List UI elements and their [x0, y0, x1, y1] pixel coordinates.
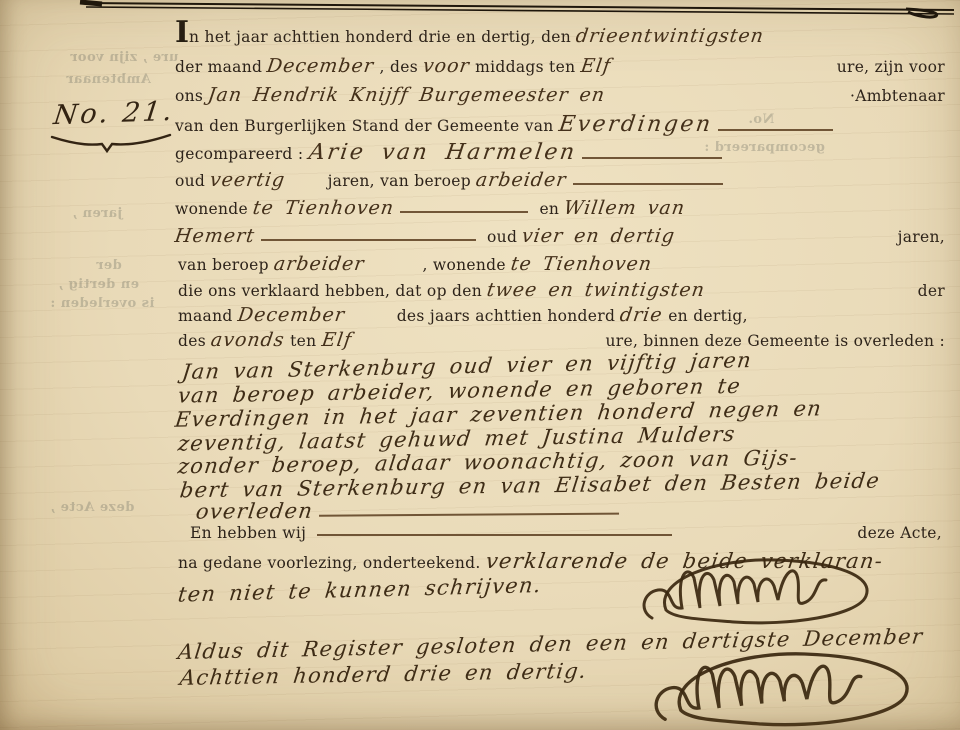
printed-text: ons — [175, 87, 208, 105]
bleedthrough-text: en dertig , — [58, 277, 139, 292]
handwritten-text: Jan Hendrik Knijff Burgemeester en — [207, 84, 607, 106]
document-line: der maand December , des voor middags te… — [175, 55, 945, 77]
document-line: oud veertigjaren, van beroep arbeider — [175, 169, 945, 191]
death-certificate-page: No. 21. ure , zijn voorAmbtenaarNo.gecom… — [0, 0, 960, 730]
ink-rule — [317, 525, 672, 536]
drop-cap: I — [175, 24, 189, 42]
printed-text: wonende — [175, 200, 253, 218]
document-line: Hemert oud vier en dertig jaren, — [175, 225, 945, 247]
printed-text: maand — [178, 307, 238, 325]
printed-text: der maand — [175, 58, 267, 76]
printed-text: ure, zijn voor — [837, 58, 945, 76]
printed-text: oud — [175, 172, 210, 190]
document-line: ons Jan Hendrik Knijff Burgemeester en·A… — [175, 84, 945, 106]
bleedthrough-text: deze Acte , — [50, 500, 134, 515]
act-number-flourish — [50, 132, 174, 154]
handwritten-text: December — [266, 55, 376, 77]
document-line: gecompareerd : Arie van Harmelen — [175, 140, 945, 165]
handwritten-text: drieentwintigsten — [575, 25, 766, 47]
handwritten-text: twee en twintigsten — [486, 279, 707, 301]
document-line: van beroep arbeider, wonende te Tienhove… — [178, 253, 945, 275]
page-top-edge-line — [78, 0, 960, 20]
printed-text: des jaars achttien honderd — [397, 307, 621, 325]
printed-text: van den Burgerlijken Stand der Gemeente … — [175, 117, 559, 135]
printed-text: oud — [482, 228, 523, 246]
printed-text: jaren, — [892, 228, 945, 246]
ink-rule — [718, 120, 833, 131]
ink-rule — [582, 148, 722, 159]
handwritten-text: veertig — [209, 169, 287, 191]
printed-text: des — [178, 332, 211, 350]
document-line: ten niet te kunnen schrijven. — [178, 569, 678, 606]
handwritten-text: December — [236, 304, 346, 326]
printed-text: en — [534, 200, 564, 218]
handwritten-text: arbeider — [475, 169, 568, 191]
printed-text: gecompareerd : — [175, 145, 309, 163]
document-line: En hebben wij deze Acte, — [190, 524, 942, 542]
printed-text: En hebben wij — [190, 524, 311, 542]
handwritten-text: ten niet te kunnen schrijven. — [177, 573, 543, 607]
handwritten-text: te Tienhoven — [252, 197, 396, 219]
handwritten-text: drie — [619, 304, 665, 326]
document-line: van den Burgerlijken Stand der Gemeente … — [175, 112, 945, 137]
document-line: maand Decemberdes jaars achttien honderd… — [178, 304, 945, 326]
handwritten-text: arbeider — [273, 253, 366, 275]
ink-rule — [573, 174, 723, 185]
printed-text: die ons verklaard hebben, dat op den — [178, 282, 487, 300]
printed-text: deze Acte, — [857, 524, 942, 542]
document-line: In het jaar achttien honderd drie en der… — [175, 24, 945, 47]
document-line: die ons verklaard hebben, dat op den twe… — [178, 279, 945, 301]
handwritten-text: Elf — [320, 329, 353, 351]
printed-text: , wonende — [422, 256, 511, 274]
handwritten-text: Elf — [579, 55, 612, 77]
printed-text: en dertig, — [663, 307, 748, 325]
act-number: No. 21. — [52, 96, 177, 131]
printed-text: , des — [374, 58, 423, 76]
handwritten-text: te Tienhoven — [510, 253, 654, 275]
printed-text: jaren, van beroep — [328, 172, 477, 190]
bleedthrough-text: Ambtenaar — [66, 72, 151, 87]
handwritten-text: overleden — [194, 499, 314, 524]
printed-text: middags ten — [470, 58, 581, 76]
handwritten-text: Hemert — [173, 225, 256, 247]
ink-rule — [400, 202, 528, 213]
handwritten-text: Arie van Harmelen — [307, 140, 578, 165]
bleedthrough-text: der — [96, 258, 122, 273]
printed-text: ten — [285, 332, 322, 350]
printed-text: ·Ambtenaar — [850, 87, 945, 105]
document-line: overleden — [196, 494, 936, 523]
handwritten-text: avonds — [210, 329, 287, 351]
document-line: wonende te Tienhoven en Willem van — [175, 197, 945, 219]
printed-text: der — [918, 282, 945, 300]
handwritten-text: Willem van — [563, 197, 687, 219]
bleedthrough-text: is overleden : — [50, 296, 154, 311]
bleedthrough-text: jaren , — [72, 206, 122, 221]
bleedthrough-text: ure , zijn voor — [70, 50, 178, 65]
handwritten-text: Everdingen — [557, 112, 714, 137]
printed-text: van beroep — [178, 256, 274, 274]
signature-flourish-lower — [640, 645, 940, 730]
ink-rule — [319, 504, 619, 517]
ink-rule — [261, 230, 476, 241]
signature-flourish-upper — [638, 552, 888, 632]
printed-text: na gedane voorlezing, onderteekend. — [178, 554, 486, 572]
handwritten-text: Achttien honderd drie en dertig. — [179, 659, 589, 690]
handwritten-text: voor — [422, 55, 472, 77]
handwritten-text: vier en dertig — [521, 225, 677, 247]
printed-text: n het jaar achttien honderd drie en dert… — [189, 28, 576, 46]
